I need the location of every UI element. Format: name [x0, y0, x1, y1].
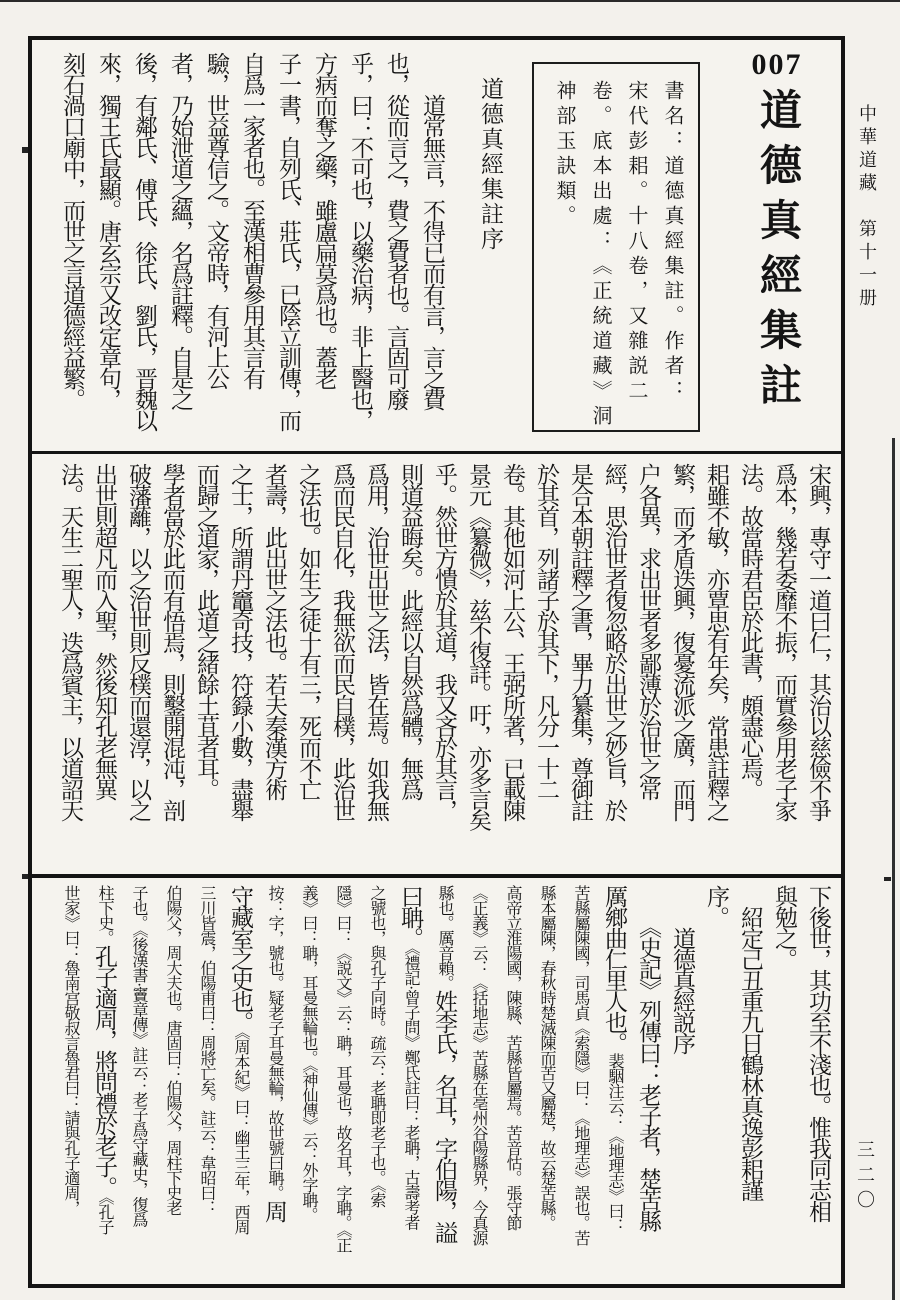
- bibliographic-info-box: 書名：道德真經集註。作者：宋代彭耜。十八卷，又雜説二卷。底本出處：《正統道藏》洞…: [532, 62, 700, 432]
- text-column: 景元《纂微》，兹不復詳。吁，亦多言矣: [461, 463, 495, 870]
- text-column: 乎，曰：不可也，以藥治病，非上醫也，: [342, 52, 378, 447]
- text-column: 經，思治世者復忽略於出世之妙旨，於: [597, 463, 631, 870]
- text-column: 也，從而言之，費之費者也。言固可廢: [378, 52, 414, 447]
- text-segment-small: 世家》曰：魯南宫敬叔言魯君曰：請與孔子適周，: [62, 885, 79, 1215]
- text-column: 法。故當時君臣於此書，頗盡心焉。: [733, 463, 767, 870]
- text-column: 道常無言，不得已而有言，言之費: [414, 52, 450, 447]
- text-segment-large: 孔子適周，將問禮於老子。: [92, 945, 117, 1197]
- text-segment-small: 縣本屬陳，春秋時楚滅陳而苦又屬楚，故云楚苦縣。: [538, 885, 555, 1230]
- text-column: 序。: [699, 885, 733, 1280]
- text-column: 出世則超凡而入聖，然後知孔老無異: [87, 463, 121, 870]
- text-column: 宋興，專守一道曰仁，其治以慈儉不爭: [801, 463, 835, 870]
- preface-body-band: 宋興，專守一道曰仁，其治以慈儉不爭爲本，幾若委靡不振，而實參用老子家法。故當時君…: [32, 454, 841, 874]
- text-column: 驗，世益尊信之。文帝時，有河上公: [198, 52, 234, 447]
- text-column: 按：字，號也。疑老子耳曼無輪，故世號曰聃。周: [257, 885, 291, 1280]
- text-column: 是合本朝註釋之書，畢力纂集，尊御註: [563, 463, 597, 870]
- text-column: 於其首，列諸子於其下，凡分一十二: [529, 463, 563, 870]
- scan-edge-artifact: [0, 0, 900, 2]
- text-segment-small: 《禮記·曾子問》鄭氏註曰：老聃，古壽考者: [402, 948, 419, 1229]
- page-frame: 007 道德真經集註 書名：道德真經集註。作者：宋代彭耜。十八卷，又雜説二卷。底…: [28, 36, 845, 1288]
- text-column: 繁，而矛盾迭興，復憂流派之廣，而門: [665, 463, 699, 870]
- text-column: 户各異，求出世者多鄙薄於治世之常: [631, 463, 665, 870]
- text-column: 伯陽父，周大夫也。唐固曰：伯陽父，周柱下史老: [155, 885, 189, 1280]
- text-segment-large: 厲鄉曲仁里人也。: [602, 885, 627, 1053]
- text-segment-small: 《正義》云：《括地志》苦縣在亳州谷陽縣界，今真源: [470, 885, 487, 1245]
- text-column: 乎。然世方憒於其道，我又吝於其言，: [427, 463, 461, 870]
- text-column: 自爲一家者也。至漢相曹參用其言有: [234, 52, 270, 447]
- text-column: 爲而民自化，我無欲而民自樸，此治世: [325, 463, 359, 870]
- text-segment-small: 隱》曰：《説文》云：聃，耳曼也，故名耳，字聃。《正: [334, 885, 351, 1252]
- text-column: 而歸之道家，此道之緒餘土苴者耳。: [189, 463, 223, 870]
- text-column: 義》曰：聃，耳曼無輪也。《神仙傳》云：外字聃。: [291, 885, 325, 1280]
- text-column: 隱》曰：《説文》云：聃，耳曼也，故名耳，字聃。《正: [325, 885, 359, 1280]
- text-segment-small: 柱下史。: [96, 885, 113, 945]
- text-segment-large: 紹定己丑重九日鶴林真逸彭耜謹: [738, 885, 763, 1200]
- text-segment-large: 下後世，其功至不淺也。惟我同志相: [806, 885, 831, 1221]
- masthead-band: 007 道德真經集註 書名：道德真經集註。作者：宋代彭耜。十八卷，又雜説二卷。底…: [32, 40, 841, 451]
- text-column: 下後世，其功至不淺也。惟我同志相: [801, 885, 835, 1280]
- series-title: 中華道藏 第十一册: [854, 104, 880, 311]
- text-segment-large: 序。: [704, 885, 729, 927]
- text-column: 守藏室之史也。《周本紀》曰：幽王三年，西周: [223, 885, 257, 1280]
- text-column: 後，有鄰氏、傅氏、徐氏、劉氏，晋魏以: [126, 52, 162, 447]
- text-column: 神部玉訣類。: [546, 80, 582, 414]
- page-number: 三二〇: [852, 1140, 878, 1215]
- text-segment-small: 按：字，號也。疑老子耳曼無輪，故世號曰聃。: [266, 885, 283, 1200]
- text-column: 書名：道德真經集註。作者：: [654, 80, 690, 414]
- text-column: 者，乃始泄道之蘊，名爲註釋。自是之: [162, 52, 198, 447]
- text-column: 與勉之。: [767, 885, 801, 1280]
- text-column: 刻石渦口廟中，而世之言道德經益繁。: [54, 52, 90, 447]
- text-segment-small: 苦縣屬陳國，司馬貞《索隱》曰：《地理志》誤也。苦: [572, 885, 589, 1245]
- text-column: 破藩蘺，以之治世則反樸而還淳，以之: [121, 463, 155, 870]
- text-segment-small: 三川皆震，伯陽甫曰：周將亡矣。註云：韋昭曰：: [198, 885, 215, 1215]
- item-number: 007: [729, 48, 825, 82]
- text-column: 三川皆震，伯陽甫曰：周將亡矣。註云：韋昭曰：: [189, 885, 223, 1280]
- text-column: 學者當於此而有悟焉，則鑿開混沌，剖: [155, 463, 189, 870]
- text-segment-large: 曰聃。: [398, 885, 423, 948]
- scan-edge-artifact: [892, 438, 895, 1300]
- text-segment-large: 周: [262, 1200, 287, 1221]
- text-column: 卷。其他如河上公、王弼所著，已載陳: [495, 463, 529, 870]
- text-column: 《正義》云：《括地志》苦縣在亳州谷陽縣界，今真源: [461, 885, 495, 1280]
- text-column: 之士，所謂丹竈奇技，符籙小數，盡舉: [223, 463, 257, 870]
- text-column: 耜雖不敏，亦覃思有年矣，常患註釋之: [699, 463, 733, 870]
- text-column: 子也。《後漢書·竇章傳》註云：老子爲守藏史，復爲: [121, 885, 155, 1280]
- text-column: 之號也，與孔子同時。疏云：老聃即老子也。《索: [359, 885, 393, 1280]
- text-column: 《史記》列傳曰：老子者，楚苦縣: [631, 885, 665, 1280]
- text-column: 法。天生二聖人，迭爲賓主，以道詔天: [53, 463, 87, 870]
- preface-block: 道德真經集註序 道常無言，不得已而有言，言之費也，從而言之，費之費者也。言固可廢…: [38, 52, 508, 447]
- text-column: 厲鄉曲仁里人也。裴駰注云：《地理志》曰：: [597, 885, 631, 1280]
- text-segment-small: 子也。《後漢書·竇章傳》註云：老子爲守藏史，復爲: [130, 885, 147, 1226]
- text-segment-large: 姓李氏，名耳，字伯陽，謚: [432, 990, 457, 1242]
- text-segment-small: 《周本紀》曰：幽王三年，西周: [232, 1032, 249, 1234]
- text-segment-small: 之號也，與孔子同時。疏云：老聃即老子也。《索: [368, 885, 385, 1207]
- text-column: 方病而奪之藥，雖盧扁莫爲也。蓋老: [306, 52, 342, 447]
- scanned-page: 中華道藏 第十一册 三二〇 007 道德真經集註 書名：道德真經集註。作者：宋代…: [0, 0, 900, 1300]
- book-title: 道德真經集註: [747, 88, 807, 418]
- text-segment-large: 守藏室之史也。: [228, 885, 253, 1032]
- text-segment-small: 義》曰：聃，耳曼無輪也。《神仙傳》云：外字聃。: [300, 885, 317, 1222]
- text-segment-small: 《孔子: [96, 1197, 113, 1234]
- text-column: 者壽，此出世之法也。若夫秦漢方術: [257, 463, 291, 870]
- text-column: 道德真經説序: [665, 885, 699, 1280]
- text-segment-large: 《史記》列傳曰：老子者，楚苦縣: [636, 885, 661, 1231]
- shuoxu-band: 下後世，其功至不淺也。惟我同志相與勉之。 紹定己丑重九日鶴林真逸彭耜謹序。 道德…: [32, 878, 841, 1284]
- scan-artifact: [884, 877, 891, 881]
- text-segment-small: 縣也。厲音賴。: [436, 885, 453, 990]
- text-column: 縣也。厲音賴。姓李氏，名耳，字伯陽，謚: [427, 885, 461, 1280]
- text-segment-small: 伯陽父，周大夫也。唐固曰：伯陽父，周柱下史老: [164, 885, 181, 1215]
- text-column: 柱下史。孔子適周，將問禮於老子。《孔子: [87, 885, 121, 1280]
- text-segment-large: 道德真經説序: [670, 885, 695, 1053]
- text-column: 來，獨王氏最顯。唐玄宗又改定章句，: [90, 52, 126, 447]
- text-column: 爲本，幾若委靡不振，而實參用老子家: [767, 463, 801, 870]
- text-segment-small: 裴駰注云：《地理志》曰：: [606, 1053, 623, 1233]
- text-segment-small: 高帝立淮陽國，陳縣、苦縣皆屬焉。苦音怙。張守節: [504, 885, 521, 1230]
- text-column: 苦縣屬陳國，司馬貞《索隱》曰：《地理志》誤也。苦: [563, 885, 597, 1280]
- text-column: 卷。底本出處：《正統道藏》洞: [582, 80, 618, 414]
- text-column: 爲用，治世出世之法，皆在焉。如我無: [359, 463, 393, 870]
- text-column: 曰聃。《禮記·曾子問》鄭氏註曰：老聃，古壽考者: [393, 885, 427, 1280]
- text-column: 紹定己丑重九日鶴林真逸彭耜謹: [733, 885, 767, 1280]
- text-column: 則道益晦矣。此經以自然爲體，無爲: [393, 463, 427, 870]
- text-column: 宋代彭耜。十八卷，又雜説二: [618, 80, 654, 414]
- text-column: 子一書，自列氏、莊氏，已陰立訓傳，而: [270, 52, 306, 447]
- masthead: 007 道德真經集註: [729, 48, 825, 418]
- text-column: 世家》曰：魯南宫敬叔言魯君曰：請與孔子適周，: [53, 885, 87, 1280]
- text-column: 縣本屬陳，春秋時楚滅陳而苦又屬楚，故云楚苦縣。: [529, 885, 563, 1280]
- preface-heading: 道德真經集註序: [472, 52, 508, 447]
- text-column: 高帝立淮陽國，陳縣、苦縣皆屬焉。苦音怙。張守節: [495, 885, 529, 1280]
- text-column: 之法也。如生之徒十有三，死而不亡: [291, 463, 325, 870]
- text-segment-large: 與勉之。: [772, 885, 797, 969]
